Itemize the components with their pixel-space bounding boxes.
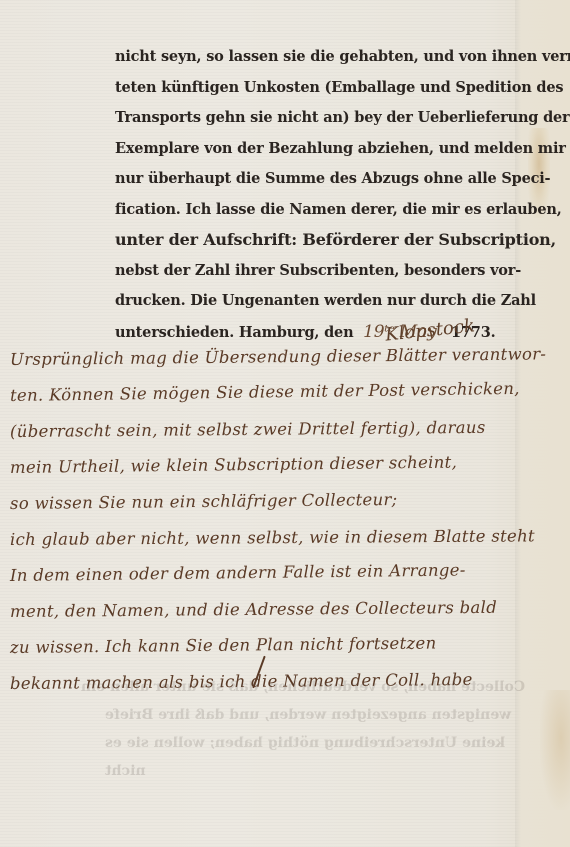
document-page: nicht seyn, so lassen sie die gehabten, … [0, 0, 570, 847]
printed-line: teten künftigen Unkosten (Emballage und … [115, 73, 515, 104]
printed-line: nur überhaupt die Summe des Abzugs ohne … [115, 164, 515, 195]
printed-line: drucken. Die Ungenanten werden nur durch… [115, 286, 515, 317]
printed-text-block: nicht seyn, so lassen sie die gehabten, … [115, 42, 535, 347]
bleed-line: nicht [105, 757, 525, 785]
handwritten-line: In dem einen oder dem andern Falle ist e… [10, 551, 570, 594]
bleed-line: keine Unterschreibung nöthig haben; woll… [105, 729, 525, 757]
printed-line: nicht seyn, so lassen sie die gehabten, … [115, 42, 515, 73]
handwritten-line: zu wissen. Ich kann Sie den Plan nicht f… [10, 624, 570, 666]
printed-line: Transports gehn sie nicht an) bey der Ue… [115, 103, 515, 134]
printed-line: unter der Aufschrift: Beförderer der Sub… [115, 225, 515, 256]
printed-line: nebst der Zahl ihrer Subscribenten, beso… [115, 256, 515, 287]
handwritten-line: mein Urtheil, wie klein Subscription die… [10, 443, 570, 486]
handwritten-note: Ursprünglich mag die Übersendung dieser … [10, 342, 570, 702]
handwritten-line: ten. Können Sie mögen Sie diese mit der … [10, 370, 570, 414]
bleed-through-text: Collecte haben, so verdeutlichen, daß si… [105, 673, 525, 785]
bleed-line: Collecte haben, so verdeutlichen, daß si… [105, 673, 525, 701]
printed-line: Exemplare von der Bezahlung abziehen, un… [115, 134, 515, 165]
handwritten-line: so wissen Sie nun ein schläfriger Collec… [10, 480, 570, 522]
printed-line: fication. Ich lasse die Namen derer, die… [115, 195, 515, 226]
handwritten-line: ment, den Namen, und die Adresse des Col… [10, 589, 570, 630]
bleed-line: wenigsten angezeigten werden, und daß ih… [105, 701, 525, 729]
paper-stain [540, 690, 570, 810]
